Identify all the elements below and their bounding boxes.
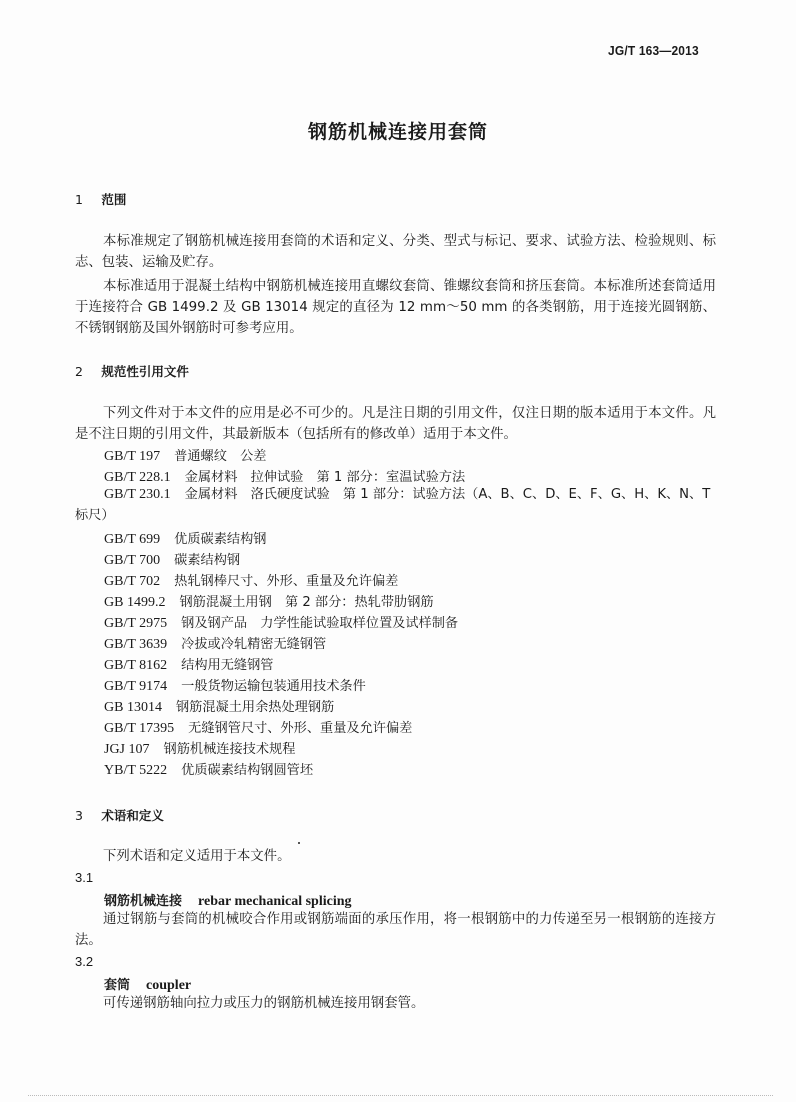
document-title: 钢筋机械连接用套筒: [0, 117, 796, 144]
term-zh: 钢筋机械连接: [104, 894, 182, 909]
reference-code: JGJ 107: [104, 742, 150, 757]
term-definition: 可传递钢筋轴向拉力或压力的钢筋机械连接用钢套管。: [75, 993, 716, 1014]
reference-title: 钢筋机械连接技术规程: [164, 742, 296, 757]
reference-title: 结构用无缝钢管: [181, 658, 273, 673]
reference-item: GB/T 228.1金属材料 拉伸试验 第 1 部分：室温试验方法: [104, 466, 465, 486]
reference-code: GB/T 702: [104, 574, 160, 589]
term-definition: 通过钢筋与套筒的机械咬合作用或钢筋端面的承压作用，将一根钢筋中的力传递至另一根钢…: [75, 909, 716, 951]
reference-code: GB/T 3639: [104, 637, 167, 652]
reference-code: GB/T 230.1: [104, 487, 171, 502]
term-en: coupler: [146, 978, 191, 993]
paragraph: 下列术语和定义适用于本文件。: [75, 846, 716, 867]
reference-code: GB/T 228.1: [104, 470, 171, 485]
reference-code: GB/T 17395: [104, 721, 174, 736]
term-en: rebar mechanical splicing: [198, 894, 351, 909]
reference-title: 普通螺纹 公差: [174, 449, 266, 464]
reference-item: GB/T 2975钢及钢产品 力学性能试验取样位置及试样制备: [104, 612, 458, 632]
section-title: 术语和定义: [101, 808, 164, 823]
reference-item: GB/T 700碳素结构钢: [104, 549, 240, 569]
section-heading-scope: 1 范围: [75, 190, 126, 208]
section-heading-normative-references: 2 规范性引用文件: [75, 362, 189, 380]
reference-code: YB/T 5222: [104, 763, 167, 778]
reference-item: YB/T 5222优质碳素结构钢圆管坯: [104, 759, 313, 779]
section-number: 1: [75, 192, 97, 207]
clause-number: 3.1: [75, 870, 93, 885]
paragraph: 本标准规定了钢筋机械连接用套筒的术语和定义、分类、型式与标记、要求、试验方法、检…: [75, 231, 716, 273]
reference-code: GB 13014: [104, 700, 162, 715]
reference-title: 钢及钢产品 力学性能试验取样位置及试样制备: [181, 616, 458, 631]
reference-item: GB/T 9174一般货物运输包装通用技术条件: [104, 675, 366, 695]
paragraph: 本标准适用于混凝土结构中钢筋机械连接用直螺纹套筒、锥螺纹套筒和挤压套筒。本标准所…: [75, 276, 716, 339]
reference-item: GB/T 8162结构用无缝钢管: [104, 654, 273, 674]
scan-speck: [298, 842, 300, 844]
reference-item: GB/T 699优质碳素结构钢: [104, 528, 266, 548]
reference-code: GB/T 700: [104, 553, 160, 568]
term-zh: 套筒: [104, 978, 130, 993]
reference-code: GB/T 8162: [104, 658, 167, 673]
reference-title: 优质碳素结构钢: [174, 532, 266, 547]
reference-title: 冷拔或冷轧精密无缝钢管: [181, 637, 326, 652]
reference-item: JGJ 107钢筋机械连接技术规程: [104, 738, 295, 758]
reference-code: GB/T 2975: [104, 616, 167, 631]
reference-item: GB/T 17395无缝钢管尺寸、外形、重量及允许偏差: [104, 717, 412, 737]
reference-title: 无缝钢管尺寸、外形、重量及允许偏差: [188, 721, 412, 736]
reference-item: GB 13014钢筋混凝土用余热处理钢筋: [104, 696, 334, 716]
reference-title: 碳素结构钢: [174, 553, 240, 568]
reference-code: GB 1499.2: [104, 595, 165, 610]
reference-item: GB/T 702热轧钢棒尺寸、外形、重量及允许偏差: [104, 570, 398, 590]
section-title: 范围: [101, 192, 126, 207]
standard-code: JG/T 163—2013: [608, 43, 699, 58]
section-heading-terms: 3 术语和定义: [75, 806, 164, 824]
section-number: 3: [75, 808, 97, 823]
reference-item: GB/T 197普通螺纹 公差: [104, 445, 266, 465]
reference-title: 一般货物运输包装通用技术条件: [181, 679, 366, 694]
reference-code: GB/T 197: [104, 449, 160, 464]
reference-item: GB/T 230.1金属材料 洛氏硬度试验 第 1 部分：试验方法（A、B、C、…: [75, 484, 716, 526]
reference-item: GB/T 3639冷拔或冷轧精密无缝钢管: [104, 633, 326, 653]
paragraph: 下列文件对于本文件的应用是必不可少的。凡是注日期的引用文件，仅注日期的版本适用于…: [75, 403, 716, 445]
reference-title: 金属材料 拉伸试验 第 1 部分：室温试验方法: [185, 470, 466, 485]
reference-code: GB/T 9174: [104, 679, 167, 694]
reference-title: 热轧钢棒尺寸、外形、重量及允许偏差: [174, 574, 398, 589]
page-bottom-rule: [28, 1095, 773, 1096]
reference-title: 优质碳素结构钢圆管坯: [181, 763, 313, 778]
term-heading: 套筒coupler: [104, 974, 191, 994]
clause-number: 3.2: [75, 954, 93, 969]
section-number: 2: [75, 364, 97, 379]
reference-item: GB 1499.2钢筋混凝土用钢 第 2 部分：热轧带肋钢筋: [104, 591, 434, 611]
term-heading: 钢筋机械连接rebar mechanical splicing: [104, 890, 352, 910]
reference-title: 钢筋混凝土用余热处理钢筋: [176, 700, 334, 715]
section-title: 规范性引用文件: [101, 364, 189, 379]
reference-title: 钢筋混凝土用钢 第 2 部分：热轧带肋钢筋: [179, 595, 433, 610]
reference-code: GB/T 699: [104, 532, 160, 547]
